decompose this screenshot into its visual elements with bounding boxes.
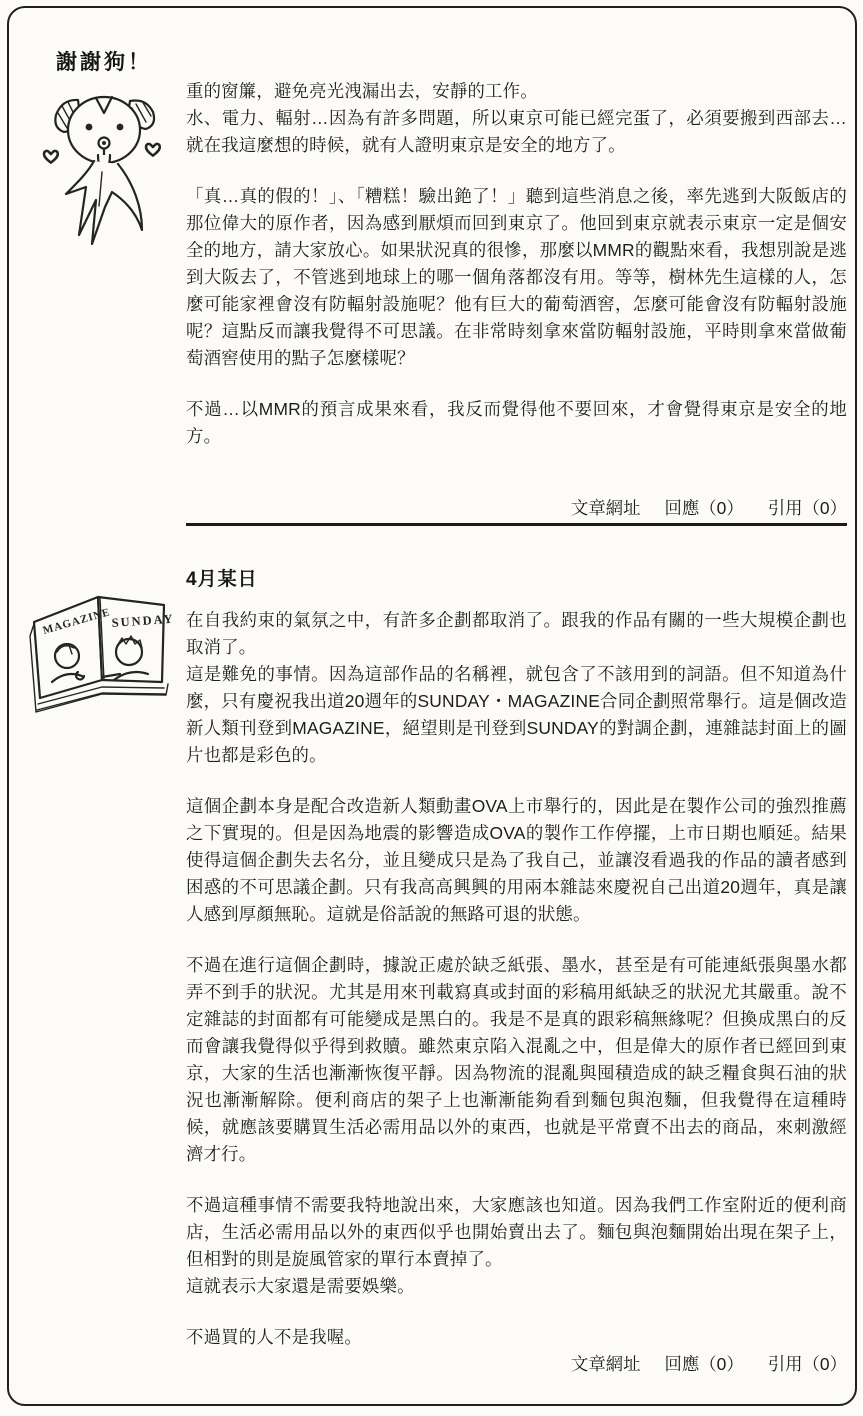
scanned-diary-page: 謝謝狗！ 重的窗簾，避免亮光洩漏出去，安靜 — [0, 0, 863, 1416]
entry2-title: 4月某日 — [186, 564, 258, 591]
dog-illustration — [38, 80, 173, 248]
diary-paragraph: 不過買的人不是我喔。 — [186, 1324, 847, 1351]
article-url-link[interactable]: 文章網址 — [571, 494, 641, 519]
magazine-spread-icon: MAGAZINE SUNDAY — [22, 582, 177, 720]
dog-right-eye-icon — [117, 124, 124, 131]
diary-paragraph: 不過在進行這個企劃時，據說正處於缺乏紙張、墨水，甚至是有可能連紙張與墨水都弄不到… — [186, 952, 847, 1168]
cover-character — [116, 639, 142, 665]
sunday-title-label: SUNDAY — [111, 612, 175, 630]
entry1-title: 謝謝狗！ — [56, 46, 152, 76]
dog-body — [66, 161, 142, 244]
diary-paragraph: 這個企劃本身是配合改造新人類動畫OVA上市舉行的，因此是在製作公司的強烈推薦之下… — [186, 793, 847, 928]
dog-left-eye-icon — [86, 124, 93, 131]
puppy-icon — [38, 80, 173, 248]
heart-icon — [146, 144, 160, 156]
entry1-body: 重的窗簾，避免亮光洩漏出去，安靜的工作。 水、電力、輻射…因為有許多問題，所以東… — [186, 78, 847, 474]
article-url-link[interactable]: 文章網址 — [571, 1350, 641, 1375]
entry2-body: 在自我約束的氣氛之中，有許多企劃都取消了。跟我的作品有關的一些大規模企劃也取消了… — [186, 607, 847, 1375]
diary-paragraph: 「真…真的假的！」、「糟糕！驗出銫了！」聽到這些消息之後，率先逃到大阪飯店的那位… — [186, 183, 847, 372]
cover-character — [55, 644, 79, 668]
diary-paragraph: 不過這種事情不需要我特地說出來，大家應該也知道。因為我們工作室附近的便利商店，生… — [186, 1192, 847, 1300]
heart-icon — [44, 151, 58, 163]
replies-link[interactable]: 回應（0） — [665, 1350, 744, 1375]
entry1-footer: 文章網址 回應（0） 引用（0） — [186, 494, 847, 526]
diary-paragraph: 不過…以MMR的預言成果來看，我反而覺得他不要回來，才會覺得東京是安全的地方。 — [186, 396, 847, 450]
magazine-illustration: MAGAZINE SUNDAY — [22, 582, 177, 720]
diary-paragraph: 在自我約束的氣氛之中，有許多企劃都取消了。跟我的作品有關的一些大規模企劃也取消了… — [186, 607, 847, 769]
diary-paragraph: 重的窗簾，避免亮光洩漏出去，安靜的工作。 水、電力、輻射…因為有許多問題，所以東… — [186, 78, 847, 159]
trackback-link[interactable]: 引用（0） — [768, 1350, 847, 1375]
entry2-footer: 文章網址 回應（0） 引用（0） — [186, 1350, 847, 1379]
trackback-link[interactable]: 引用（0） — [768, 494, 847, 519]
replies-link[interactable]: 回應（0） — [665, 494, 744, 519]
